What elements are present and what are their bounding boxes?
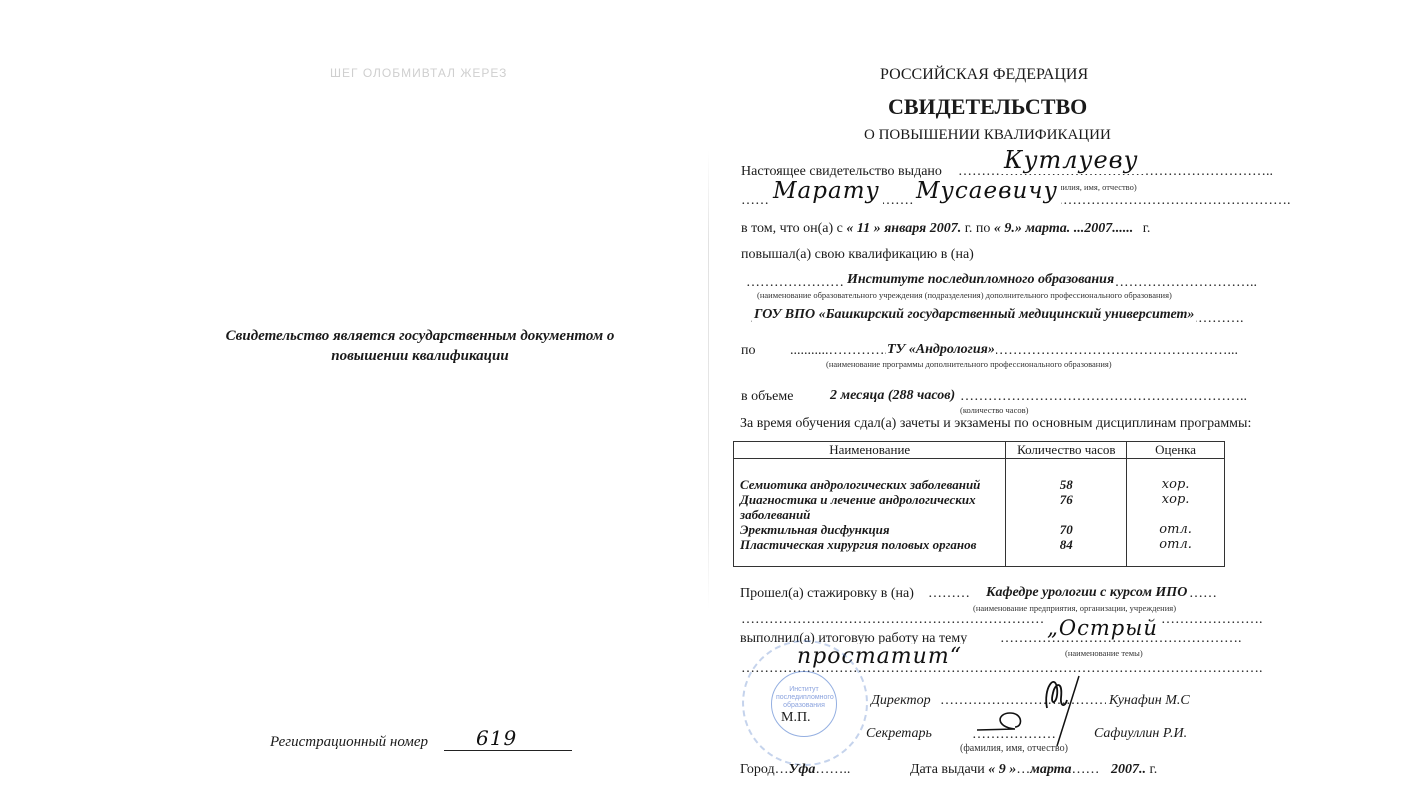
institution-name: Институте последипломного образования xyxy=(845,272,1116,288)
table-row-subject: Эректильная дисфункция xyxy=(734,522,1005,537)
internship-dots-a: ……… xyxy=(928,586,970,602)
period-from-day: « 11 » xyxy=(846,221,880,236)
period-to-day: « 9.» xyxy=(994,221,1022,236)
issue-day: « 9 » xyxy=(988,762,1016,777)
table-row-grade: хор. xyxy=(1127,492,1224,522)
period-to-year: ...2007...... xyxy=(1074,221,1134,236)
period-to-label: г. по xyxy=(965,221,991,236)
registration-underline xyxy=(444,750,572,751)
secretary-name: Сафиуллин Р.И. xyxy=(1094,726,1187,742)
document-subtitle: О ПОВЫШЕНИИ КВАЛИФИКАЦИИ xyxy=(864,127,1111,144)
issue-year: 2007.. xyxy=(1111,762,1146,777)
seal-label: М.П. xyxy=(781,710,811,726)
volume-value: 2 месяца (288 часов) xyxy=(830,388,955,404)
left-page-statement: Свидетельство является государственным д… xyxy=(195,326,645,366)
improved-label: повышал(а) свою квалификацию в (на) xyxy=(741,247,974,263)
country-heading: РОССИЙСКАЯ ФЕДЕРАЦИЯ xyxy=(880,66,1088,84)
page-fold xyxy=(708,150,709,610)
signature-hint: (фамилия, имя, отчество) xyxy=(960,743,1068,754)
issue-month: марта xyxy=(1030,762,1071,777)
volume-label: в объеме xyxy=(741,389,793,405)
recipient-first-name: Марату xyxy=(770,178,883,204)
header-grade: Оценка xyxy=(1127,442,1225,459)
issue-suffix: г. xyxy=(1150,762,1158,777)
recipient-patronymic: Мусаевичу xyxy=(913,178,1061,204)
blank-dotted-line: …………………………………………………………………………………………………. xyxy=(741,612,1263,628)
program-dots: ...........…………..……………………………………………………………… xyxy=(790,343,1238,359)
program-label: по xyxy=(741,343,756,359)
internship-dots-b: …… xyxy=(1189,586,1217,602)
table-row-hours: 84 xyxy=(1006,537,1126,552)
thesis-topic-part1: „Острый xyxy=(1045,616,1160,640)
city-value: Уфа xyxy=(789,762,816,777)
city-label: Город xyxy=(740,762,775,777)
header-name: Наименование xyxy=(734,442,1006,459)
left-page xyxy=(195,40,705,790)
period-year-suffix: г. xyxy=(1143,221,1151,236)
secretary-label: Секретарь xyxy=(866,726,932,742)
table-row-subject: Пластическая хирургия половых органов xyxy=(734,537,1005,552)
secretary-signature-icon xyxy=(975,705,1055,740)
thesis-hint: (наименование темы) xyxy=(1065,648,1143,658)
header-hours: Количество часов xyxy=(1006,442,1127,459)
table-row-hours: 70 xyxy=(1006,522,1126,537)
institution-hint: (наименование образовательного учреждени… xyxy=(757,290,1172,300)
recipient-surname: Кутлуеву xyxy=(1000,146,1143,174)
program-name: ТУ «Андрология» xyxy=(886,342,996,358)
table-row-subject: Семиотика андрологических заболеваний xyxy=(734,477,1005,492)
city-line: Город…Уфа…….. xyxy=(740,762,850,778)
volume-dots: …………………………………………………….. xyxy=(960,389,1247,405)
period-from-month: января xyxy=(884,221,926,236)
director-label: Директор xyxy=(871,693,931,709)
period-from-year: 2007. xyxy=(930,221,962,236)
period-prefix: в том, что он(а) с xyxy=(741,221,843,236)
registration-number: 619 xyxy=(476,726,517,750)
registration-label: Регистрационный номер xyxy=(270,734,428,751)
internship-place: Кафедре урологии с курсом ИПО xyxy=(986,585,1187,601)
table-row-grade: отл. xyxy=(1127,522,1224,537)
internship-label: Прошел(а) стажировку в (на) xyxy=(740,586,914,602)
issue-date-line: Дата выдачи « 9 »…марта…… 2007.. г. xyxy=(910,762,1157,778)
director-name: Кунафин М.С xyxy=(1106,693,1190,709)
program-hint: (наименование программы дополнительного … xyxy=(826,359,1112,369)
period-to-month: марта. xyxy=(1025,221,1070,236)
table-row-hours: 58 xyxy=(1006,477,1126,492)
issue-date-label: Дата выдачи xyxy=(910,762,985,777)
disciplines-table: Наименование Количество часов Оценка Сем… xyxy=(733,441,1225,567)
table-row-subject: Диагностика и лечение андрологических за… xyxy=(734,492,1005,522)
table-row-grade: отл. xyxy=(1127,537,1224,552)
period-line: в том, что он(а) с « 11 » января 2007. г… xyxy=(741,221,1150,237)
volume-hint: (количество часов) xyxy=(960,405,1028,415)
document-title: СВИДЕТЕЛЬСТВО xyxy=(888,94,1087,120)
stamp-text: Институт последипломного образования xyxy=(776,686,832,710)
left-page-faint-header: ШЕГ ОЛОБМИВТАЛ ЖЕРЕЗ xyxy=(330,66,507,80)
table-row-hours: 76 xyxy=(1006,492,1126,522)
university-name: ГОУ ВПО «Башкирский государственный меди… xyxy=(752,307,1196,323)
exams-label: За время обучения сдал(а) зачеты и экзам… xyxy=(740,416,1251,432)
table-row-grade: хор. xyxy=(1127,477,1224,492)
